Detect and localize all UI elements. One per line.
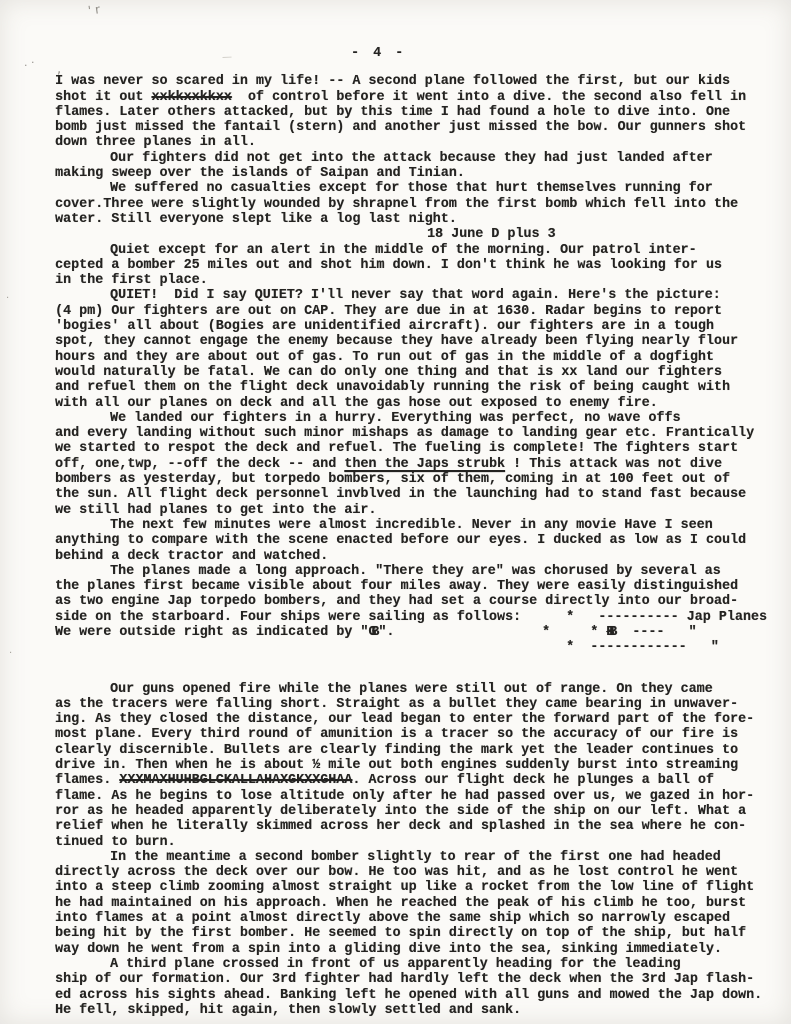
text-run: We suffered no casualties except for tho… [110,181,713,196]
text-run: would naturally be fatal. We can do only… [55,365,722,380]
text-run: he had maintained on his approach. When … [55,896,746,911]
text-run: into a steep climb zooming almost straig… [55,880,754,895]
text-run: clearly discernible. Bullets are clearly… [55,743,738,758]
ship-formation-diagram: * ---------- Jap Planes* * BB ---- " * -… [487,610,767,656]
text-run: cepted a bomber 25 miles out and shot hi… [55,258,722,273]
text-run: into flames at a point almost directly a… [55,911,730,926]
paragraph-casualties: We suffered no casualties except for tho… [55,181,780,227]
paragraph-scared: I was never so scared in my life! -- A s… [55,74,780,150]
text-run: making sweep over the islands of Saipan … [55,166,465,181]
text-run: being hit by the first bomber. He seemed… [55,926,746,941]
text-run: ed across his sights ahead. Banking left… [55,988,762,1003]
struck-out-text: XXXMAXHUHBGLCKALLAHAXGKXXGHAA [119,773,352,788]
diagram-row: * ------------ " [487,640,767,655]
text-run: flames. [55,773,119,788]
text-run: we started to respot the deck and refuel… [55,441,738,456]
text-run: Quiet except for an alert in the middle … [110,243,697,258]
text-run: flame. As he begins to lose altitude onl… [55,789,754,804]
text-run: ! This attack was not dive [505,457,722,472]
text-run: In the meantime a second bomber slightly… [110,850,721,865]
text-run: cover.Three were slightly wounded by shr… [55,197,738,212]
text-run: . Across our flight deck he plunges a ba… [352,773,714,788]
paragraph-landed-hurry: We landed our fighters in a hurry. Every… [55,411,780,518]
text-run: He fell, skipped, hit again, then slowly… [55,1003,521,1018]
text-run: shot it out [55,90,151,105]
text-run: QUIET! Did I say QUIET? I'll never say t… [110,288,721,303]
pencil-mark: · [6,293,9,304]
pencil-mark: · [9,648,12,659]
paragraph-third-plane: A third plane crossed in front of us app… [55,957,780,1018]
text-run: ship of our formation. Our 3rd fighter h… [55,972,754,987]
text-run: flames. Later others attacked, but by th… [55,105,730,120]
paragraph-fighters-landed: Our fighters did not get into the attack… [55,151,780,182]
text-run: * ------------ " [542,640,719,655]
text-run: the sun. All flight deck personnel invbl… [55,487,746,502]
text-run: tinued to burn. [55,835,176,850]
text-run: off, one,twp, --off the deck -- and [55,457,344,472]
text-run: way down he went from a spin into a glid… [55,942,722,957]
underlined-text: then the Japs strubk [344,457,505,472]
text-run: Our fighters did not get into the attack… [110,151,713,166]
text-run: bomb just missed the fantail (stern) and… [55,120,746,135]
text-run: hours and they are about out of gas. To … [55,350,714,365]
paragraph-incredible: The next few minutes were almost incredi… [55,518,780,564]
text-run: ing. As they closed the distance, our le… [55,712,754,727]
text-run: water. Still everyone slept like a log l… [55,212,457,227]
text-run: * ---------- Jap Planes [542,610,767,625]
text-run: ror as he headed apparently deliberately… [55,804,746,819]
text-run: with all our planes on deck and all the … [55,396,658,411]
text-run: anything to compare with the scene enact… [55,533,746,548]
paragraph-quiet-cap: QUIET! Did I say QUIET? I'll never say t… [55,288,780,410]
text-run: most plane. Every third round of amuniti… [55,727,738,742]
text-run: side on the starboard. Four ships were s… [55,610,521,625]
text-run: Our guns opened fire while the planes we… [110,682,713,697]
text-run: ". [378,625,394,640]
struck-out-text: xxkkxxkkxx [151,90,231,105]
text-run: of control before it went into a dive. t… [232,90,746,105]
overtyped-text: GB [368,625,378,640]
text-block: - 4 - I was never so scared in my life! … [55,46,780,1018]
text-run: as two engine Jap torpedo bombers, and t… [55,594,738,609]
diagram-row: * * BB ---- " [487,625,767,640]
text-run: drive in. Then when he is about ½ mile o… [55,758,738,773]
text-run: The planes made a long approach. "There … [110,564,721,579]
text-run: the planes first became visible about fo… [55,579,738,594]
text-run: and every landing without such minor mis… [55,426,754,441]
text-run: as the tracers were falling short. Strai… [55,697,738,712]
text-run: * * [542,625,606,640]
struck-out-text: BB [606,625,616,640]
vertical-gap [55,656,780,682]
paragraph-long-approach: The planes made a long approach. "There … [55,564,780,656]
diagram-row: * ---------- Jap Planes [487,610,767,625]
text-run: down three planes in all. [55,135,256,150]
page-number: - 4 - [351,46,780,61]
pencil-mark: . · [24,56,35,69]
scanned-document-page: - 4 - I was never so scared in my life! … [0,0,791,1024]
text-body: I was never so scared in my life! -- A s… [55,74,780,1018]
text-run: ---- " [616,625,696,640]
text-run: The next few minutes were almost incredi… [110,518,713,533]
text-run: we still had planes to get into the air. [55,503,376,518]
text-run: We landed our fighters in a hurry. Every… [110,411,681,426]
date-heading: 18 June D plus 3 [427,227,780,242]
paragraph-quiet-morning: Quiet except for an alert in the middle … [55,243,780,289]
text-run: spot, they cannot engage the enemy becau… [55,334,738,349]
text-run: A third plane crossed in front of us app… [110,957,681,972]
text-run: behind a deck tractor and watched. [55,549,328,564]
pencil-mark: ' r [87,2,101,18]
text-run: We were outside right as indicated by " [55,625,368,640]
text-run: 'bogies' all about (Bogies are unidentif… [55,319,714,334]
text-run: bombers as yesterday, but torpedo bomber… [55,472,730,487]
text-run: and refuel them on the flight deck unavo… [55,380,730,395]
text-run: relief when he literally skimmed across … [55,819,746,834]
text-run: directly across the deck over our bow. H… [55,865,738,880]
text-run: I was never so scared in my life! -- A s… [55,74,730,89]
text-run: in the first place. [55,273,208,288]
paragraph-second-bomber: In the meantime a second bomber slightly… [55,850,780,957]
text-run: (4 pm) Our fighters are out on CAP. They… [55,304,722,319]
paragraph-guns-opened-fire: Our guns opened fire while the planes we… [55,682,780,850]
